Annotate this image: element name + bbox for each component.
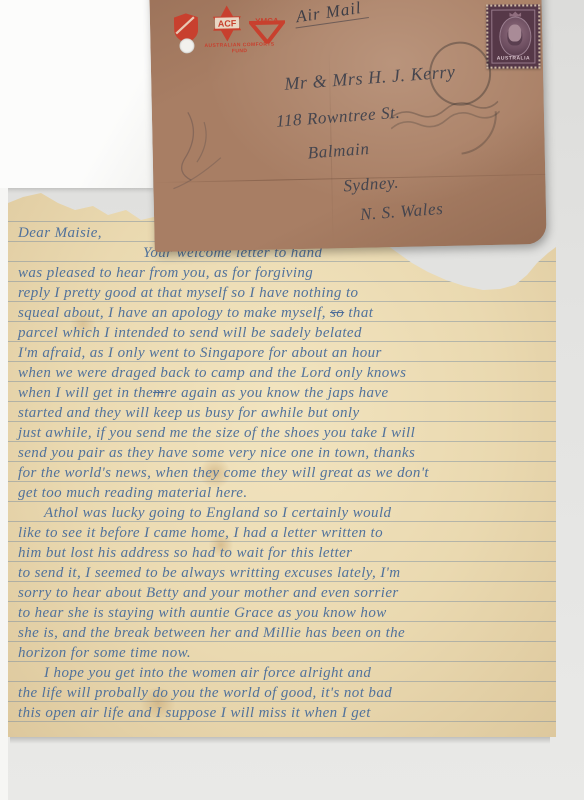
letter-line: when I will get in themre again as you k… bbox=[18, 383, 550, 403]
letter-line: get too much reading material here. bbox=[18, 483, 550, 503]
envelope: ACF YMCA AUSTRALIAN COMFORTS FUND Air Ma… bbox=[149, 0, 546, 252]
letter-line: sorry to hear about Betty and your mothe… bbox=[18, 583, 550, 603]
letter-line: just awhile, if you send me the size of … bbox=[18, 423, 550, 443]
address-line: Balmain bbox=[307, 139, 370, 163]
letter-page-shadow bbox=[10, 737, 550, 744]
letter-line: this open air life and I suppose I will … bbox=[18, 703, 550, 723]
envelope-address: Mr & Mrs H. J. Kerry 118 Rowntree St. Ba… bbox=[149, 0, 546, 252]
letter-line: started and they will keep us busy for a… bbox=[18, 403, 550, 423]
letter-line: reply I pretty good at that myself so I … bbox=[18, 283, 550, 303]
letter-line: when we were draged back to camp and the… bbox=[18, 363, 550, 383]
address-line: 118 Rowntree St. bbox=[275, 103, 400, 132]
address-line: N. S. Wales bbox=[359, 199, 444, 225]
letter-line: parcel which I intended to send will be … bbox=[18, 323, 550, 343]
address-line: Sydney. bbox=[343, 173, 400, 197]
letter-line: send you pair as they have some very nic… bbox=[18, 443, 550, 463]
letter-line: like to see it before I came home, I had… bbox=[18, 523, 550, 543]
letter-line: was pleased to hear from you, as for for… bbox=[18, 263, 550, 283]
letter-line: I hope you get into the women air force … bbox=[18, 663, 550, 683]
letter-line: the life will probally do you the world … bbox=[18, 683, 550, 703]
letter-line: horizon for some time now. bbox=[18, 643, 550, 663]
letter-line: to send it, I seemed to be always writti… bbox=[18, 563, 550, 583]
letter-line: Athol was lucky going to England so I ce… bbox=[18, 503, 550, 523]
letter-line: I'm afraid, as I only went to Singapore … bbox=[18, 343, 550, 363]
scanner-edge-strip bbox=[0, 188, 8, 800]
address-line: Mr & Mrs H. J. Kerry bbox=[284, 61, 457, 95]
scanned-document: Dear Maisie, Your welcome letter to hand… bbox=[0, 0, 584, 800]
white-backing-sheet bbox=[0, 0, 153, 188]
letter-line: she is, and the break between her and Mi… bbox=[18, 623, 550, 643]
letter-line: him but lost his address so had to wait … bbox=[18, 543, 550, 563]
letter-page: Dear Maisie, Your welcome letter to hand… bbox=[8, 193, 556, 737]
letter-line: squeal about, I have an apology to make … bbox=[18, 303, 550, 323]
letter-line: for the world's news, when they come the… bbox=[18, 463, 550, 483]
letter-line: to hear she is staying with auntie Grace… bbox=[18, 603, 550, 623]
letter-body-text: Dear Maisie, Your welcome letter to hand… bbox=[18, 223, 550, 723]
